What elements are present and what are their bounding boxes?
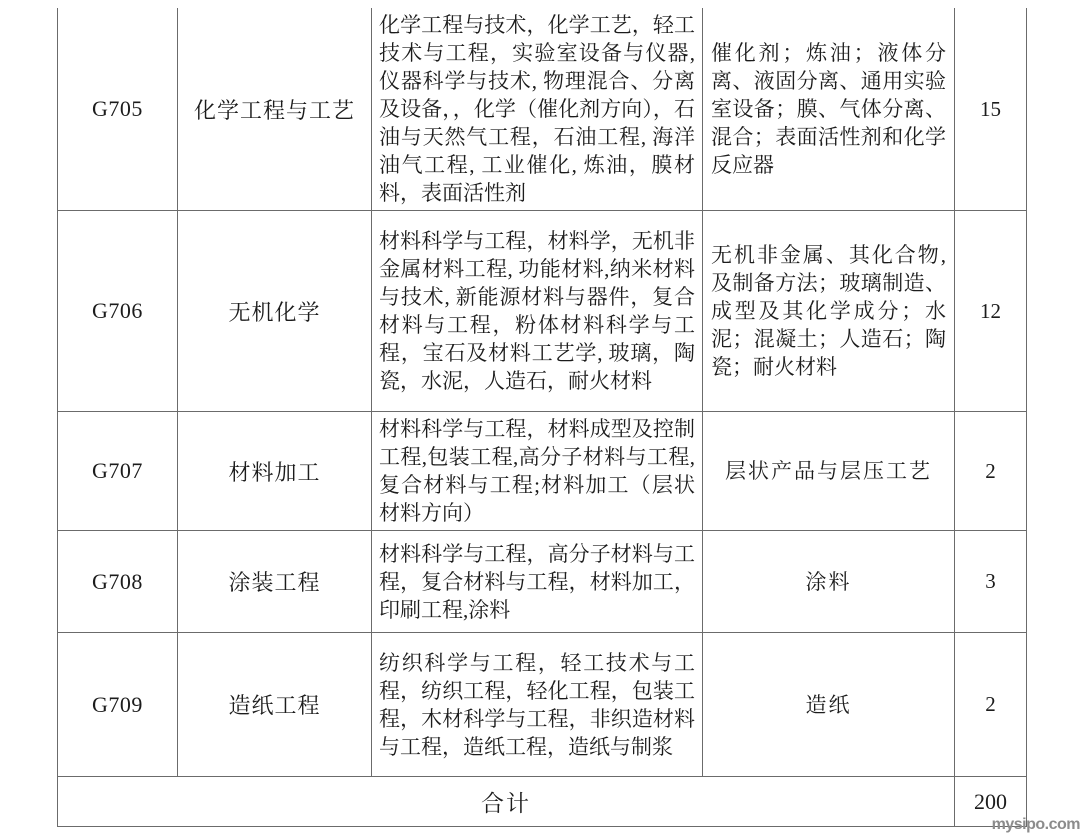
row-fields: 造纸 xyxy=(703,633,955,777)
row-majors: 化学工程与技术，化学工艺，轻工技术与工程，实验室设备与仪器, 仪器科学与技术, … xyxy=(372,8,703,211)
row-fields: 层状产品与层压工艺 xyxy=(703,412,955,531)
row-name: 造纸工程 xyxy=(178,633,372,777)
row-name: 涂装工程 xyxy=(178,531,372,633)
row-code: G709 xyxy=(58,633,178,777)
table-row: G709 造纸工程 纺织科学与工程，轻工技术与工程，纺织工程，轻化工程，包装工程… xyxy=(58,633,1027,777)
row-majors: 材料科学与工程，高分子材料与工程，复合材料与工程，材料加工，印刷工程,涂料 xyxy=(372,531,703,633)
row-count: 12 xyxy=(955,211,1027,412)
table-row: G708 涂装工程 材料科学与工程，高分子材料与工程，复合材料与工程，材料加工，… xyxy=(58,531,1027,633)
row-majors: 材料科学与工程，材料成型及控制工程,包装工程,高分子材料与工程,复合材料与工程;… xyxy=(372,412,703,531)
row-fields: 无机非金属、其化合物, 及制备方法；玻璃制造、成型及其化学成分；水泥；混凝土；人… xyxy=(703,211,955,412)
row-majors: 纺织科学与工程，轻工技术与工程，纺织工程，轻化工程，包装工程，木材科学与工程，非… xyxy=(372,633,703,777)
row-fields: 涂料 xyxy=(703,531,955,633)
row-name: 化学工程与工艺 xyxy=(178,8,372,211)
category-table: G705 化学工程与工艺 化学工程与技术，化学工艺，轻工技术与工程，实验室设备与… xyxy=(57,8,1027,827)
table-row: G705 化学工程与工艺 化学工程与技术，化学工艺，轻工技术与工程，实验室设备与… xyxy=(58,8,1027,211)
row-name: 材料加工 xyxy=(178,412,372,531)
row-code: G708 xyxy=(58,531,178,633)
total-label: 合计 xyxy=(58,777,955,827)
document-page: G705 化学工程与工艺 化学工程与技术，化学工艺，轻工技术与工程，实验室设备与… xyxy=(0,0,1080,835)
watermark: mysipo.com xyxy=(992,816,1080,834)
row-code: G706 xyxy=(58,211,178,412)
row-majors: 材料科学与工程，材料学，无机非金属材料工程, 功能材料,纳米材料与技术, 新能源… xyxy=(372,211,703,412)
table-row: G706 无机化学 材料科学与工程，材料学，无机非金属材料工程, 功能材料,纳米… xyxy=(58,211,1027,412)
row-count: 3 xyxy=(955,531,1027,633)
table-row: G707 材料加工 材料科学与工程，材料成型及控制工程,包装工程,高分子材料与工… xyxy=(58,412,1027,531)
row-code: G707 xyxy=(58,412,178,531)
row-count: 15 xyxy=(955,8,1027,211)
row-count: 2 xyxy=(955,412,1027,531)
row-count: 2 xyxy=(955,633,1027,777)
row-code: G705 xyxy=(58,8,178,211)
row-fields: 催化剂；炼油；液体分离、液固分离、通用实验室设备；膜、气体分离、混合；表面活性剂… xyxy=(703,8,955,211)
total-row: 合计 200 xyxy=(58,777,1027,827)
row-name: 无机化学 xyxy=(178,211,372,412)
